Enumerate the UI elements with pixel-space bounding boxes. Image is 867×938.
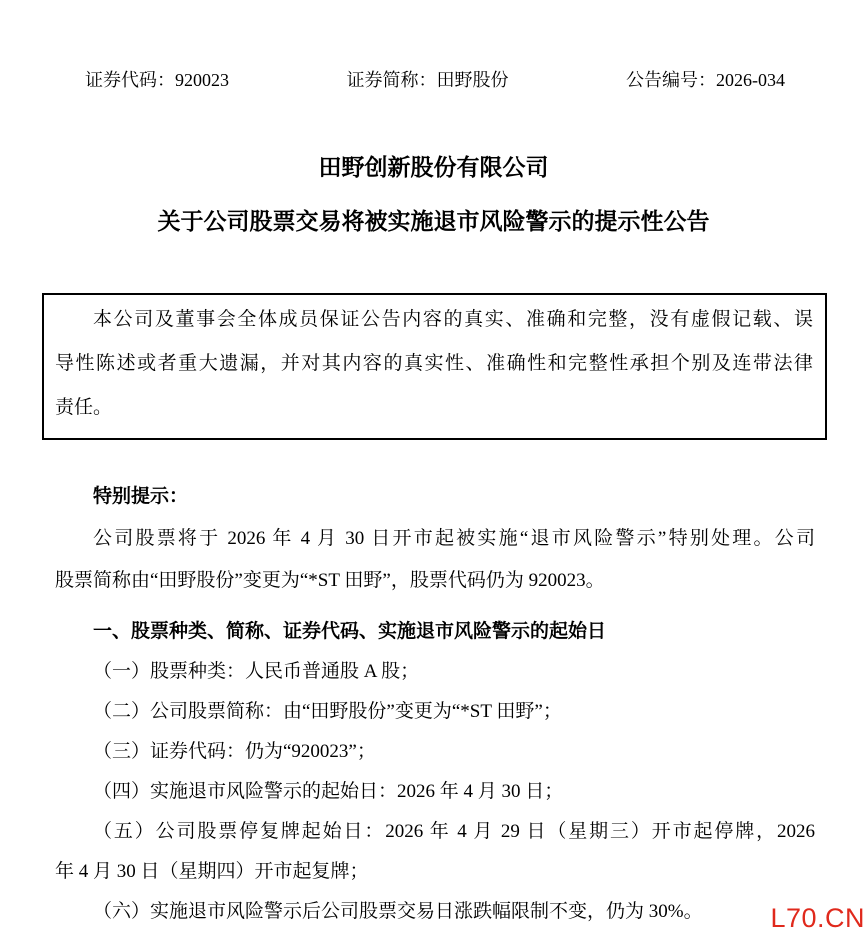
document-header: 证券代码：920023 证券简称：田野股份 公告编号：2026-034 <box>85 66 785 94</box>
announcement-page: 证券代码：920023 证券简称：田野股份 公告编号：2026-034 田野创新… <box>0 0 867 938</box>
list-item: （五）公司股票停复牌起始日：2026 年 4 月 29 日（星期三）开市起停牌，… <box>55 812 815 852</box>
special-notice-heading: 特别提示： <box>55 476 815 518</box>
declaration-line: 导性陈述或者重大遗漏，并对其内容的真实性、准确性和完整性承担个别及连带法律 <box>55 342 813 386</box>
section-heading: 一、股票种类、简称、证券代码、实施退市风险警示的起始日 <box>55 612 815 652</box>
list-item-continuation: 年 4 月 30 日（星期四）开市起复牌； <box>55 852 815 892</box>
list-item: （三）证券代码：仍为“920023”； <box>55 732 815 772</box>
list-item: （二）公司股票简称：由“田野股份”变更为“*ST 田野”； <box>55 692 815 732</box>
stock-short-name: 证券简称：田野股份 <box>347 66 509 94</box>
special-notice-line: 股票简称由“田野股份”变更为“*ST 田野”，股票代码仍为 920023。 <box>55 560 815 602</box>
special-notice: 特别提示： 公司股票将于 2026 年 4 月 30 日开市起被实施“退市风险警… <box>55 476 815 602</box>
declaration-line: 本公司及董事会全体成员保证公告内容的真实、准确和完整，没有虚假记载、误 <box>55 298 813 342</box>
announcement-title: 关于公司股票交易将被实施退市风险警示的提示性公告 <box>0 207 867 237</box>
stock-code: 证券代码：920023 <box>85 66 229 94</box>
list-item: （四）实施退市风险警示的起始日：2026 年 4 月 30 日； <box>55 772 815 812</box>
list-item: （六）实施退市风险警示后公司股票交易日涨跌幅限制不变，仍为 30%。 <box>55 892 815 932</box>
declaration-line: 责任。 <box>55 386 813 430</box>
list-item: （一）股票种类：人民币普通股 A 股； <box>55 652 815 692</box>
special-notice-line: 公司股票将于 2026 年 4 月 30 日开市起被实施“退市风险警示”特别处理… <box>55 518 815 560</box>
announcement-number: 公告编号：2026-034 <box>626 66 785 94</box>
company-title: 田野创新股份有限公司 <box>0 153 867 183</box>
watermark: L70.CN <box>770 903 865 933</box>
declaration-box: 本公司及董事会全体成员保证公告内容的真实、准确和完整，没有虚假记载、误 导性陈述… <box>42 293 827 440</box>
section-one: 一、股票种类、简称、证券代码、实施退市风险警示的起始日 （一）股票种类：人民币普… <box>55 612 815 932</box>
